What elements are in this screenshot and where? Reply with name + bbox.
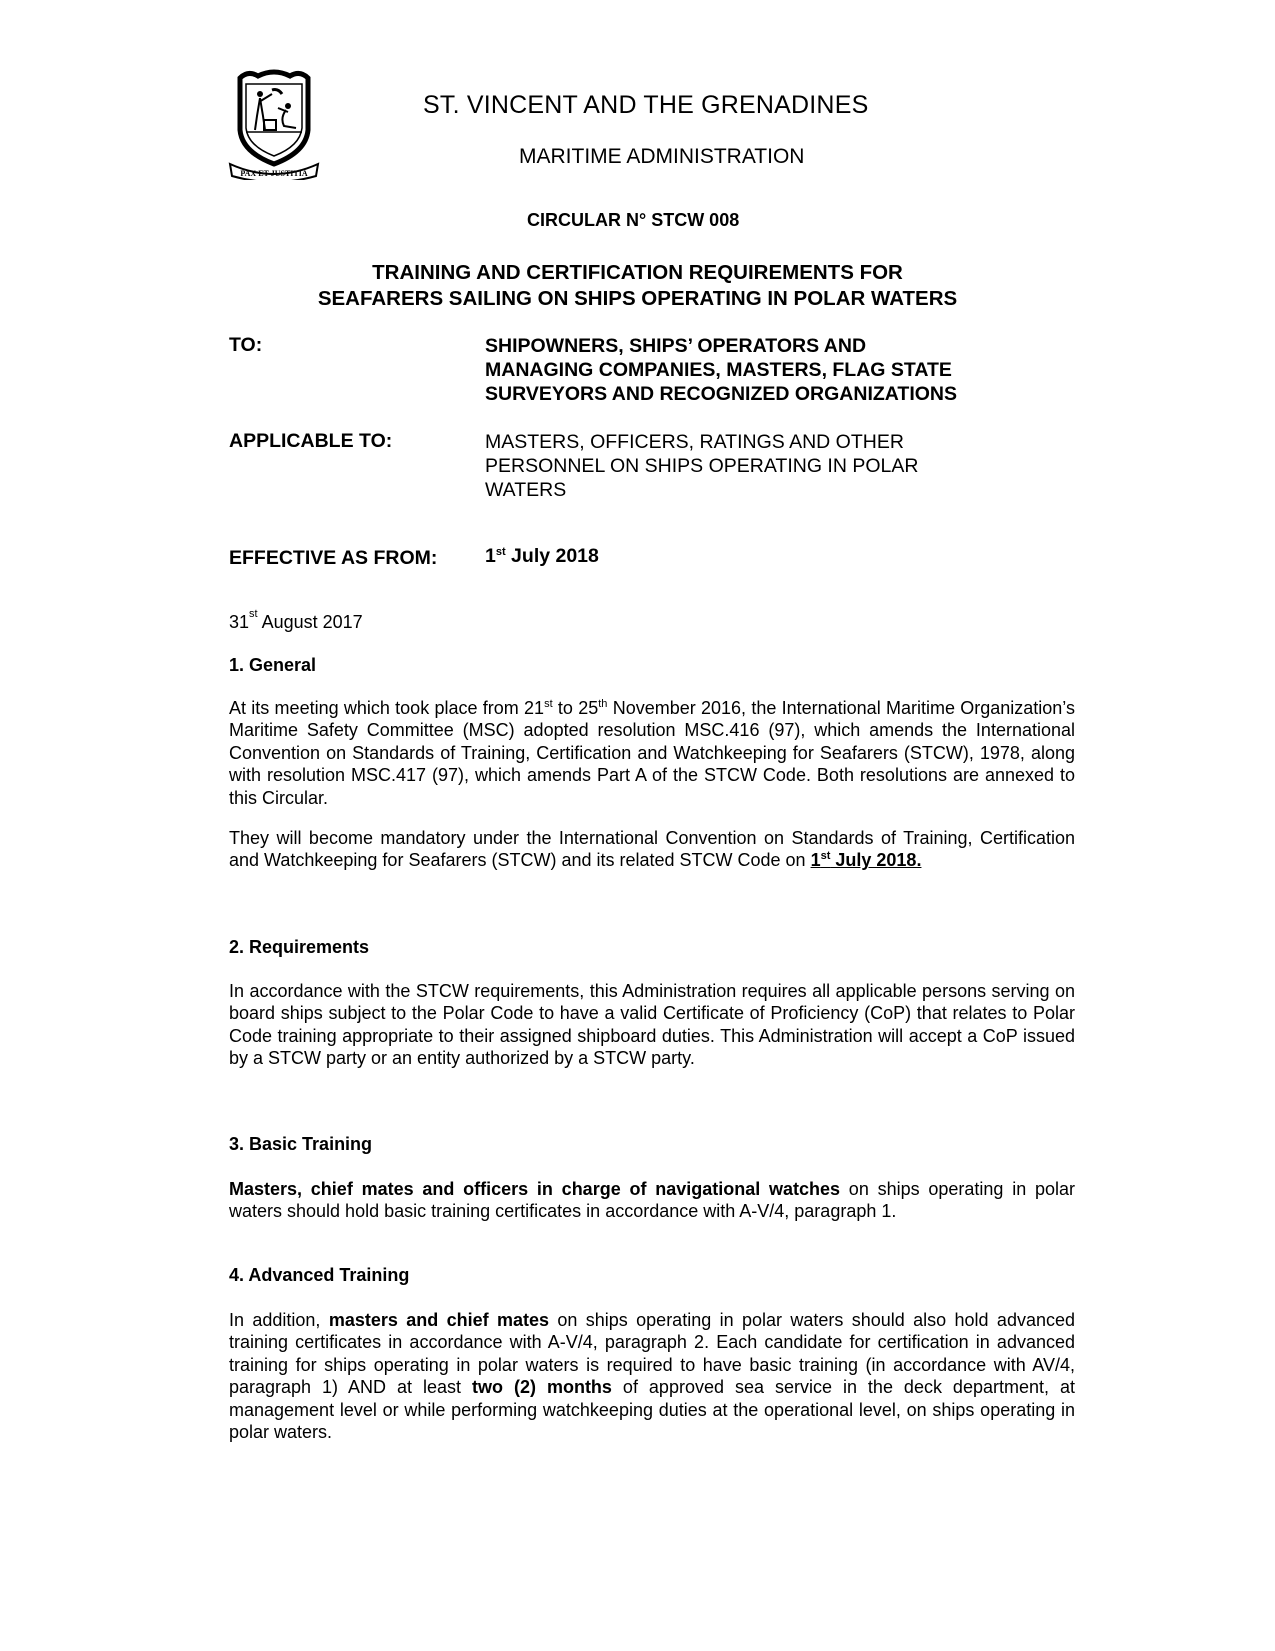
to-label: TO: bbox=[229, 334, 262, 357]
requirements-paragraph: In accordance with the STCW requirements… bbox=[229, 980, 1075, 1070]
country-name: ST. VINCENT AND THE GRENADINES bbox=[423, 91, 868, 120]
circular-number: CIRCULAR N° STCW 008 bbox=[527, 210, 739, 231]
document-page: PAX ET JUSTITIA ST. VINCENT AND THE GREN… bbox=[0, 0, 1275, 1651]
to-recipients: SHIPOWNERS, SHIPS’ OPERATORS AND MANAGIN… bbox=[485, 334, 957, 406]
svg-text:PAX ET JUSTITIA: PAX ET JUSTITIA bbox=[240, 169, 308, 178]
document-title: TRAINING AND CERTIFICATION REQUIREMENTS … bbox=[0, 260, 1275, 312]
general-paragraph-1: At its meeting which took place from 21s… bbox=[229, 697, 1075, 809]
section-heading-requirements: 2. Requirements bbox=[229, 937, 369, 958]
section-heading-basic-training: 3. Basic Training bbox=[229, 1134, 372, 1155]
administration-name: MARITIME ADMINISTRATION bbox=[519, 145, 804, 169]
issue-date: 31st August 2017 bbox=[229, 612, 363, 633]
basic-training-paragraph: Masters, chief mates and officers in cha… bbox=[229, 1178, 1075, 1223]
advanced-training-paragraph: In addition, masters and chief mates on … bbox=[229, 1309, 1075, 1443]
general-paragraph-2: They will become mandatory under the Int… bbox=[229, 827, 1075, 872]
section-heading-general: 1. General bbox=[229, 655, 316, 676]
applicable-label: APPLICABLE TO: bbox=[229, 430, 392, 453]
section-heading-advanced-training: 4. Advanced Training bbox=[229, 1265, 409, 1286]
effective-date: 1st July 2018 bbox=[485, 544, 599, 568]
coat-of-arms-icon: PAX ET JUSTITIA bbox=[228, 68, 320, 180]
applicable-to: MASTERS, OFFICERS, RATINGS AND OTHER PER… bbox=[485, 430, 918, 502]
effective-label: EFFECTIVE AS FROM: bbox=[229, 547, 437, 570]
